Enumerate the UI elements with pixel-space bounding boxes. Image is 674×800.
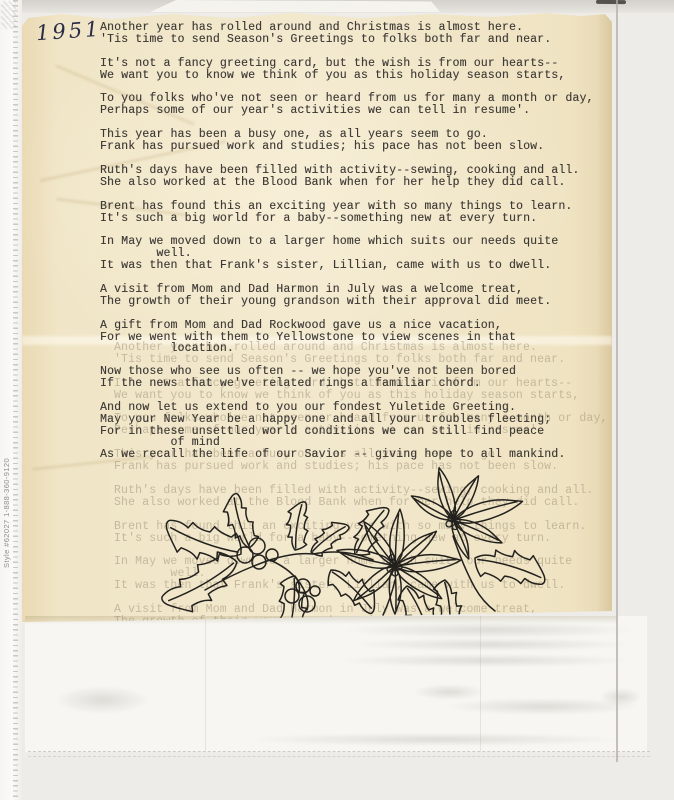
handwriting-smudge	[350, 638, 635, 651]
sleeve-edge-label: Style #62027 1-888-360-9120	[2, 396, 11, 568]
holly-poinsettia-illustration	[145, 458, 565, 620]
letter-closing-text: Now those who see us often -- we hope yo…	[100, 366, 565, 461]
fold-line	[205, 616, 206, 752]
torn-paper-fragment	[150, 0, 440, 12]
handwriting-smudge	[600, 688, 642, 706]
handwriting-smudge	[245, 733, 625, 746]
sleeve-right-edge-line	[616, 0, 618, 762]
paper-bottom-shadow	[25, 616, 617, 624]
handwriting-smudge	[340, 622, 640, 638]
sleeve-stitch-marks	[13, 0, 18, 800]
letter-paper: 1951 Another year has rolled around and …	[22, 10, 612, 622]
backing-page	[25, 616, 647, 752]
corner-scratch-mark	[1, 1, 16, 29]
handwriting-smudge	[335, 654, 635, 667]
scanned-letter-photo: 1951 Another year has rolled around and …	[0, 0, 674, 800]
letter-body-text: Another year has rolled around and Chris…	[100, 22, 594, 355]
handwriting-smudge	[413, 684, 485, 700]
year-annotation: 1951	[35, 17, 102, 46]
top-right-dark-mark	[596, 0, 626, 4]
sleeve-stitched-seam	[28, 751, 650, 757]
handwriting-smudge	[55, 686, 150, 714]
